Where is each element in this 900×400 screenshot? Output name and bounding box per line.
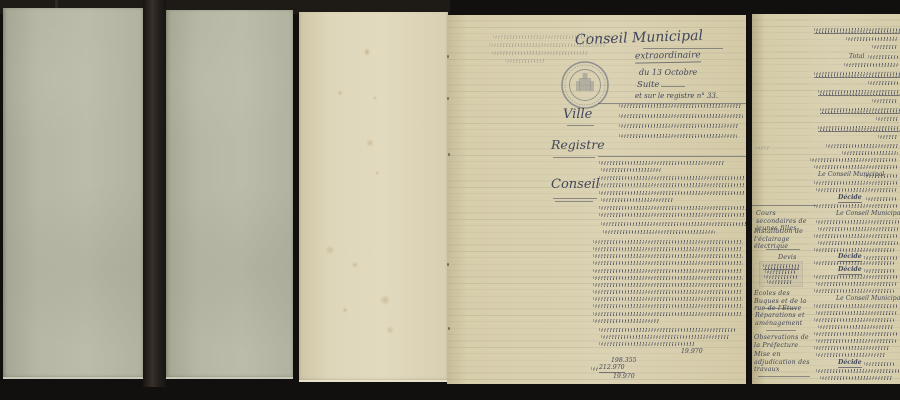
stitch-dot	[447, 263, 449, 266]
margin-word-conseil: Conseil	[551, 177, 600, 192]
handwriting-line	[593, 261, 743, 265]
register-page-left: Conseil Municipal extraordinaire du 13 O…	[447, 15, 746, 384]
register-number-line: et sur le registre n° 33.	[635, 92, 718, 100]
blank-page-left-recto	[166, 10, 293, 379]
handwriting-line	[619, 124, 739, 128]
handwriting-line	[810, 158, 898, 162]
handwriting-line	[816, 339, 896, 343]
handwriting-line	[593, 240, 743, 244]
handwriting-line	[818, 241, 898, 245]
ink-rule	[598, 156, 746, 157]
book-binding-strip	[143, 0, 166, 387]
figure-side-note: 19.970	[681, 348, 703, 355]
handwriting-line	[599, 328, 737, 332]
decide-phrase-1: Décide	[838, 194, 862, 203]
conseil-phrase-2: Le Conseil Municipal	[836, 210, 900, 217]
handwriting-line	[878, 135, 898, 139]
handwriting-line	[593, 312, 742, 316]
handwriting-line	[593, 283, 743, 287]
handwriting-line	[842, 151, 898, 155]
margin-note-ecoles: Écoles des Buques et de la rue de l'Étuv…	[754, 290, 814, 313]
handwriting-line	[846, 37, 898, 41]
handwriting-line	[505, 59, 545, 63]
stitch-dot	[448, 327, 450, 330]
handwriting-line	[599, 161, 725, 165]
ink-rule	[553, 198, 597, 199]
blank-page-left-verso	[3, 8, 143, 379]
handwriting-line	[866, 197, 898, 201]
margin-note-eclairage: Installation de l'éclairage électrique	[754, 228, 814, 251]
handwriting-line	[489, 43, 605, 47]
handwriting-line	[814, 28, 900, 34]
handwriting-line	[814, 304, 898, 308]
handwriting-line	[816, 311, 898, 315]
handwriting-line	[619, 114, 743, 118]
stitch-dot	[447, 97, 449, 100]
handwriting-line	[816, 188, 898, 192]
handwriting-line	[820, 108, 900, 114]
margin-note-reparations: Réparations et aménagement	[755, 312, 815, 327]
ink-rule	[598, 103, 746, 104]
blank-flyleaf-page	[299, 12, 448, 382]
handwriting-line	[814, 248, 896, 252]
handwriting-line	[593, 290, 742, 294]
ink-rule	[567, 125, 594, 126]
handwriting-line	[599, 342, 695, 346]
margin-word-ville: Ville	[563, 107, 592, 122]
decide-phrase-3: Décide	[838, 266, 862, 275]
handwriting-line	[864, 269, 896, 273]
handwriting-line	[593, 269, 742, 273]
ink-rule	[752, 205, 816, 206]
handwriting-line	[593, 254, 743, 258]
handwriting-line	[864, 174, 898, 178]
handwriting-line	[868, 81, 898, 85]
handwriting-line	[814, 275, 898, 279]
ink-rule	[661, 86, 685, 87]
handwriting-line	[872, 45, 898, 49]
margin-note-observations: Observations de la Préfecture	[754, 334, 814, 349]
ink-rule	[766, 330, 796, 331]
registration-stamp-icon	[760, 262, 802, 286]
handwriting-line	[816, 369, 900, 373]
handwriting-line	[872, 99, 898, 103]
handwriting-line	[818, 227, 900, 231]
figure-amount-2: 19.970	[613, 373, 635, 380]
handwriting-line	[601, 198, 673, 202]
handwriting-line	[868, 55, 898, 59]
handwriting-line	[619, 104, 741, 108]
stitch-dot	[448, 153, 450, 156]
handwriting-line	[599, 183, 744, 187]
handwriting-line	[818, 90, 900, 96]
handwriting-line	[814, 165, 898, 169]
handwriting-line	[818, 126, 900, 132]
handwriting-line	[826, 144, 898, 148]
handwriting-line	[814, 332, 898, 336]
ink-rule	[764, 308, 796, 309]
margin-note-adjudication: Mise en adjudication des travaux	[754, 351, 814, 374]
handwriting-line	[767, 280, 793, 284]
register-page-right: Total Le Conseil Municipal Décide Le Con…	[752, 14, 900, 384]
ink-rule	[555, 201, 593, 202]
handwriting-line	[601, 168, 661, 172]
session-type: extraordinaire	[635, 50, 701, 63]
handwriting-line	[593, 297, 743, 301]
handwriting-line	[864, 256, 898, 260]
handwriting-line	[818, 325, 894, 329]
handwriting-line	[814, 346, 890, 350]
handwriting-line	[493, 35, 613, 39]
conseil-phrase-3: Le Conseil Municipal	[836, 295, 900, 302]
figure-amount-total: 212.970	[599, 364, 625, 373]
handwriting-line	[814, 181, 898, 185]
handwriting-line	[816, 220, 900, 224]
session-date: du 13 Octobre	[639, 68, 697, 77]
handwriting-line	[603, 230, 715, 234]
handwriting-line	[593, 276, 743, 280]
handwriting-line	[814, 289, 894, 293]
handwriting-line	[601, 335, 729, 339]
handwriting-layer: Conseil Municipal extraordinaire du 13 O…	[447, 15, 746, 384]
handwriting-line	[814, 261, 894, 265]
handwriting-line	[765, 270, 797, 274]
handwriting-line	[864, 362, 894, 366]
ink-rule	[766, 249, 800, 250]
stitch-dot	[447, 55, 449, 58]
handwriting-line	[814, 204, 898, 208]
archive-book-scan: Conseil Municipal extraordinaire du 13 O…	[0, 0, 900, 400]
handwriting-line	[593, 319, 659, 323]
handwriting-layer: Total Le Conseil Municipal Décide Le Con…	[752, 14, 900, 384]
handwriting-line	[591, 367, 599, 371]
handwriting-line	[593, 304, 743, 308]
handwriting-line	[593, 247, 742, 251]
handwriting-line	[599, 206, 746, 210]
handwriting-line	[601, 222, 746, 226]
margin-word-registre: Registre	[551, 137, 605, 152]
handwriting-line	[764, 275, 798, 279]
handwriting-line	[814, 234, 898, 238]
handwriting-line	[844, 63, 898, 67]
handwriting-line	[619, 134, 737, 138]
total-label: Total	[849, 53, 865, 60]
handwriting-line	[492, 51, 587, 55]
handwriting-line	[599, 191, 745, 195]
handwriting-line	[816, 282, 898, 286]
handwriting-line	[820, 376, 892, 380]
handwriting-line	[876, 117, 898, 121]
ink-rule	[643, 48, 723, 49]
ink-rule	[553, 157, 595, 158]
decide-phrase-4: Décide	[838, 359, 862, 368]
ink-rule	[758, 376, 810, 377]
handwriting-line	[756, 146, 770, 150]
handwriting-line	[816, 353, 886, 357]
handwriting-line	[814, 318, 894, 322]
handwriting-line	[599, 176, 745, 180]
suite-label: Suite	[637, 80, 659, 90]
figure-amount-1: 198.355	[611, 357, 637, 364]
handwriting-line	[599, 213, 745, 217]
handwriting-line	[814, 72, 900, 78]
